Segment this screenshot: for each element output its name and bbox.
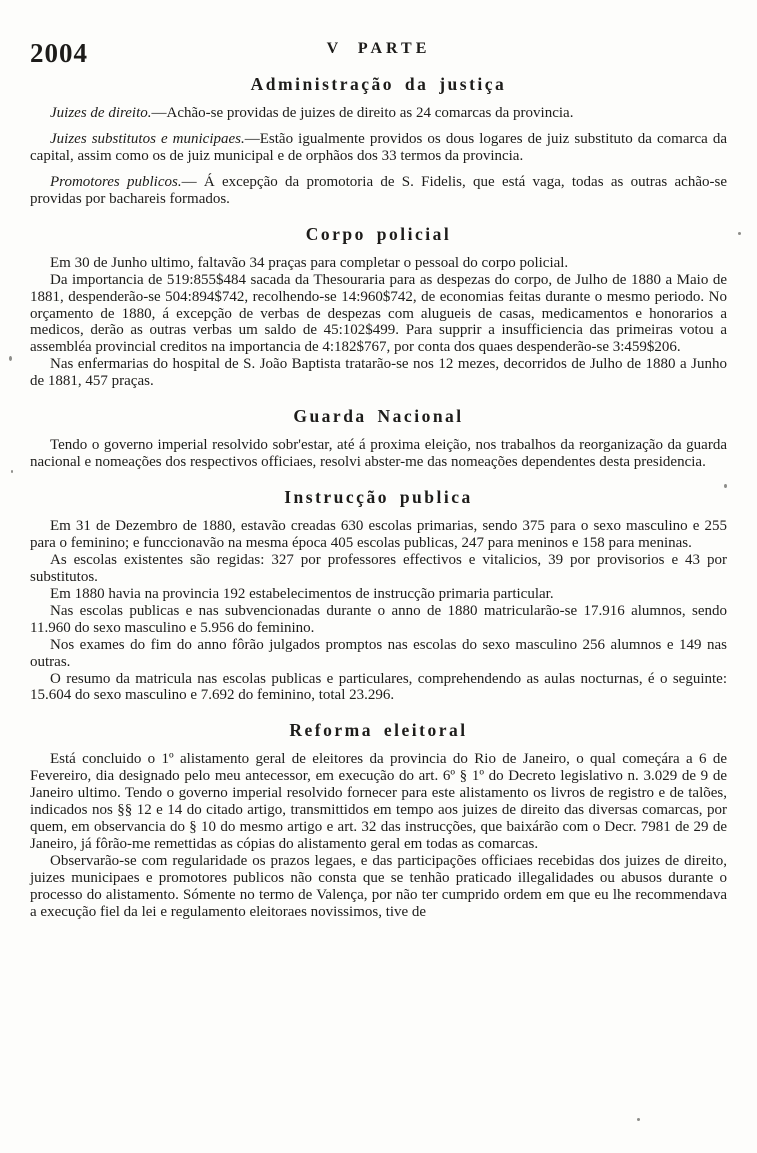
section: Reforma eleitoralEstá concluido o 1º ali… xyxy=(30,720,727,920)
scan-speck xyxy=(637,1118,640,1121)
paragraph: Em 31 de Dezembro de 1880, estavão cread… xyxy=(30,518,727,552)
running-head: V PARTE xyxy=(30,40,727,58)
section: Corpo policialEm 30 de Junho ultimo, fal… xyxy=(30,224,727,391)
paragraph-lead: Promotores publicos. xyxy=(50,174,182,190)
scan-speck xyxy=(9,356,12,361)
section-title: Reforma eleitoral xyxy=(30,720,727,741)
paragraph: O resumo da matricula nas escolas public… xyxy=(30,671,727,705)
scan-speck xyxy=(724,484,727,488)
scan-speck xyxy=(738,232,741,235)
section-title: Corpo policial xyxy=(30,224,727,245)
page-content: V PARTE Administração da justiçaJuizes d… xyxy=(0,0,757,921)
page-number: 2004 xyxy=(30,38,88,69)
scanned-document-page: 2004 V PARTE Administração da justiçaJui… xyxy=(0,0,757,1153)
section-title: Instrucção publica xyxy=(30,487,727,508)
scan-speck xyxy=(11,470,13,473)
paragraph-lead: Juizes de direito. xyxy=(50,105,152,121)
paragraph: Está concluido o 1º alistamento geral de… xyxy=(30,751,727,853)
paragraph: As escolas existentes são regidas: 327 p… xyxy=(30,552,727,586)
section: Administração da justiçaJuizes de direit… xyxy=(30,74,727,208)
paragraph: Tendo o governo imperial resolvido sobr'… xyxy=(30,437,727,471)
paragraph: Promotores publicos.— Á excepção da prom… xyxy=(30,174,727,208)
paragraph: Da importancia de 519:855$484 sacada da … xyxy=(30,272,727,357)
section: Guarda NacionalTendo o governo imperial … xyxy=(30,406,727,471)
paragraph: Observarão-se com regularidade os prazos… xyxy=(30,853,727,921)
page-body: Administração da justiçaJuizes de direit… xyxy=(30,74,727,921)
paragraph: Em 1880 havia na provincia 192 estabelec… xyxy=(30,586,727,603)
paragraph: Nas escolas publicas e nas subvencionada… xyxy=(30,603,727,637)
paragraph-lead: Juizes substitutos e municipaes. xyxy=(50,131,245,147)
paragraph: Juizes substitutos e municipaes.—Estão i… xyxy=(30,131,727,165)
section: Instrucção publicaEm 31 de Dezembro de 1… xyxy=(30,487,727,704)
paragraph: Em 30 de Junho ultimo, faltavão 34 praça… xyxy=(30,255,727,272)
section-title: Guarda Nacional xyxy=(30,406,727,427)
paragraph: Juizes de direito.—Achão-se providas de … xyxy=(30,105,727,122)
section-title: Administração da justiça xyxy=(30,74,727,95)
paragraph: Nas enfermarias do hospital de S. João B… xyxy=(30,356,727,390)
paragraph: Nos exames do fim do anno fôrão julgados… xyxy=(30,637,727,671)
